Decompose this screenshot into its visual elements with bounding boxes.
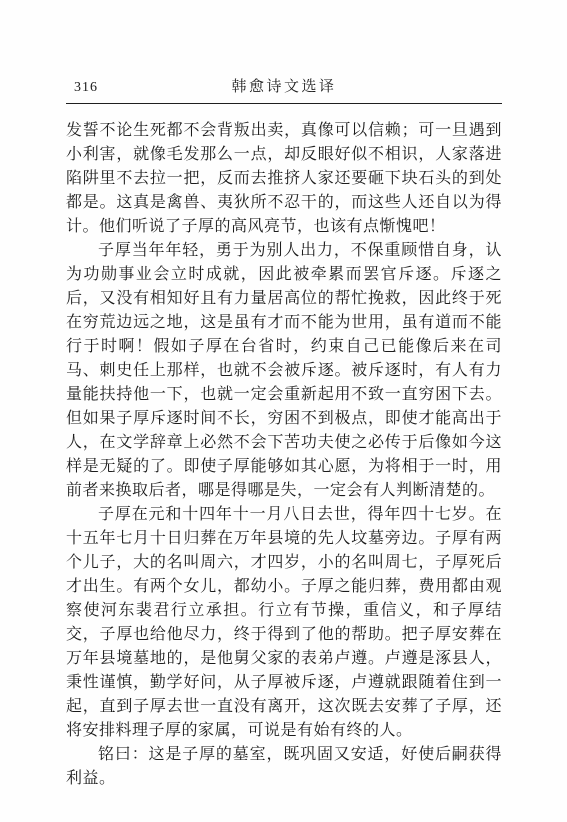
- page-header: 316 韩愈诗文选译: [66, 76, 502, 96]
- paragraph-1: 发誓不论生死都不会背叛出卖，真像可以信赖；可一旦遇到小利害，就像毛发那么一点，却…: [66, 119, 502, 239]
- paragraph-3: 子厚在元和十四年十一月八日去世，得年四十七岁。在十五年七月十日归葬在万年县境的先…: [66, 503, 502, 743]
- running-title: 韩愈诗文选译: [66, 75, 502, 96]
- book-page: 316 韩愈诗文选译 发誓不论生死都不会背叛出卖，真像可以信赖；可一旦遇到小利害…: [0, 0, 567, 822]
- paragraph-2: 子厚当年年轻，勇于为别人出力，不保重顾惜自身，认为功勋事业会立时成就，因此被牵累…: [66, 239, 502, 503]
- header-rule: [66, 103, 502, 104]
- page-content: 316 韩愈诗文选译 发誓不论生死都不会背叛出卖，真像可以信赖；可一旦遇到小利害…: [66, 76, 502, 791]
- page-body: 发誓不论生死都不会背叛出卖，真像可以信赖；可一旦遇到小利害，就像毛发那么一点，却…: [66, 119, 502, 791]
- paragraph-4: 铭曰：这是子厚的墓室，既巩固又安适，好使后嗣获得利益。: [66, 743, 502, 791]
